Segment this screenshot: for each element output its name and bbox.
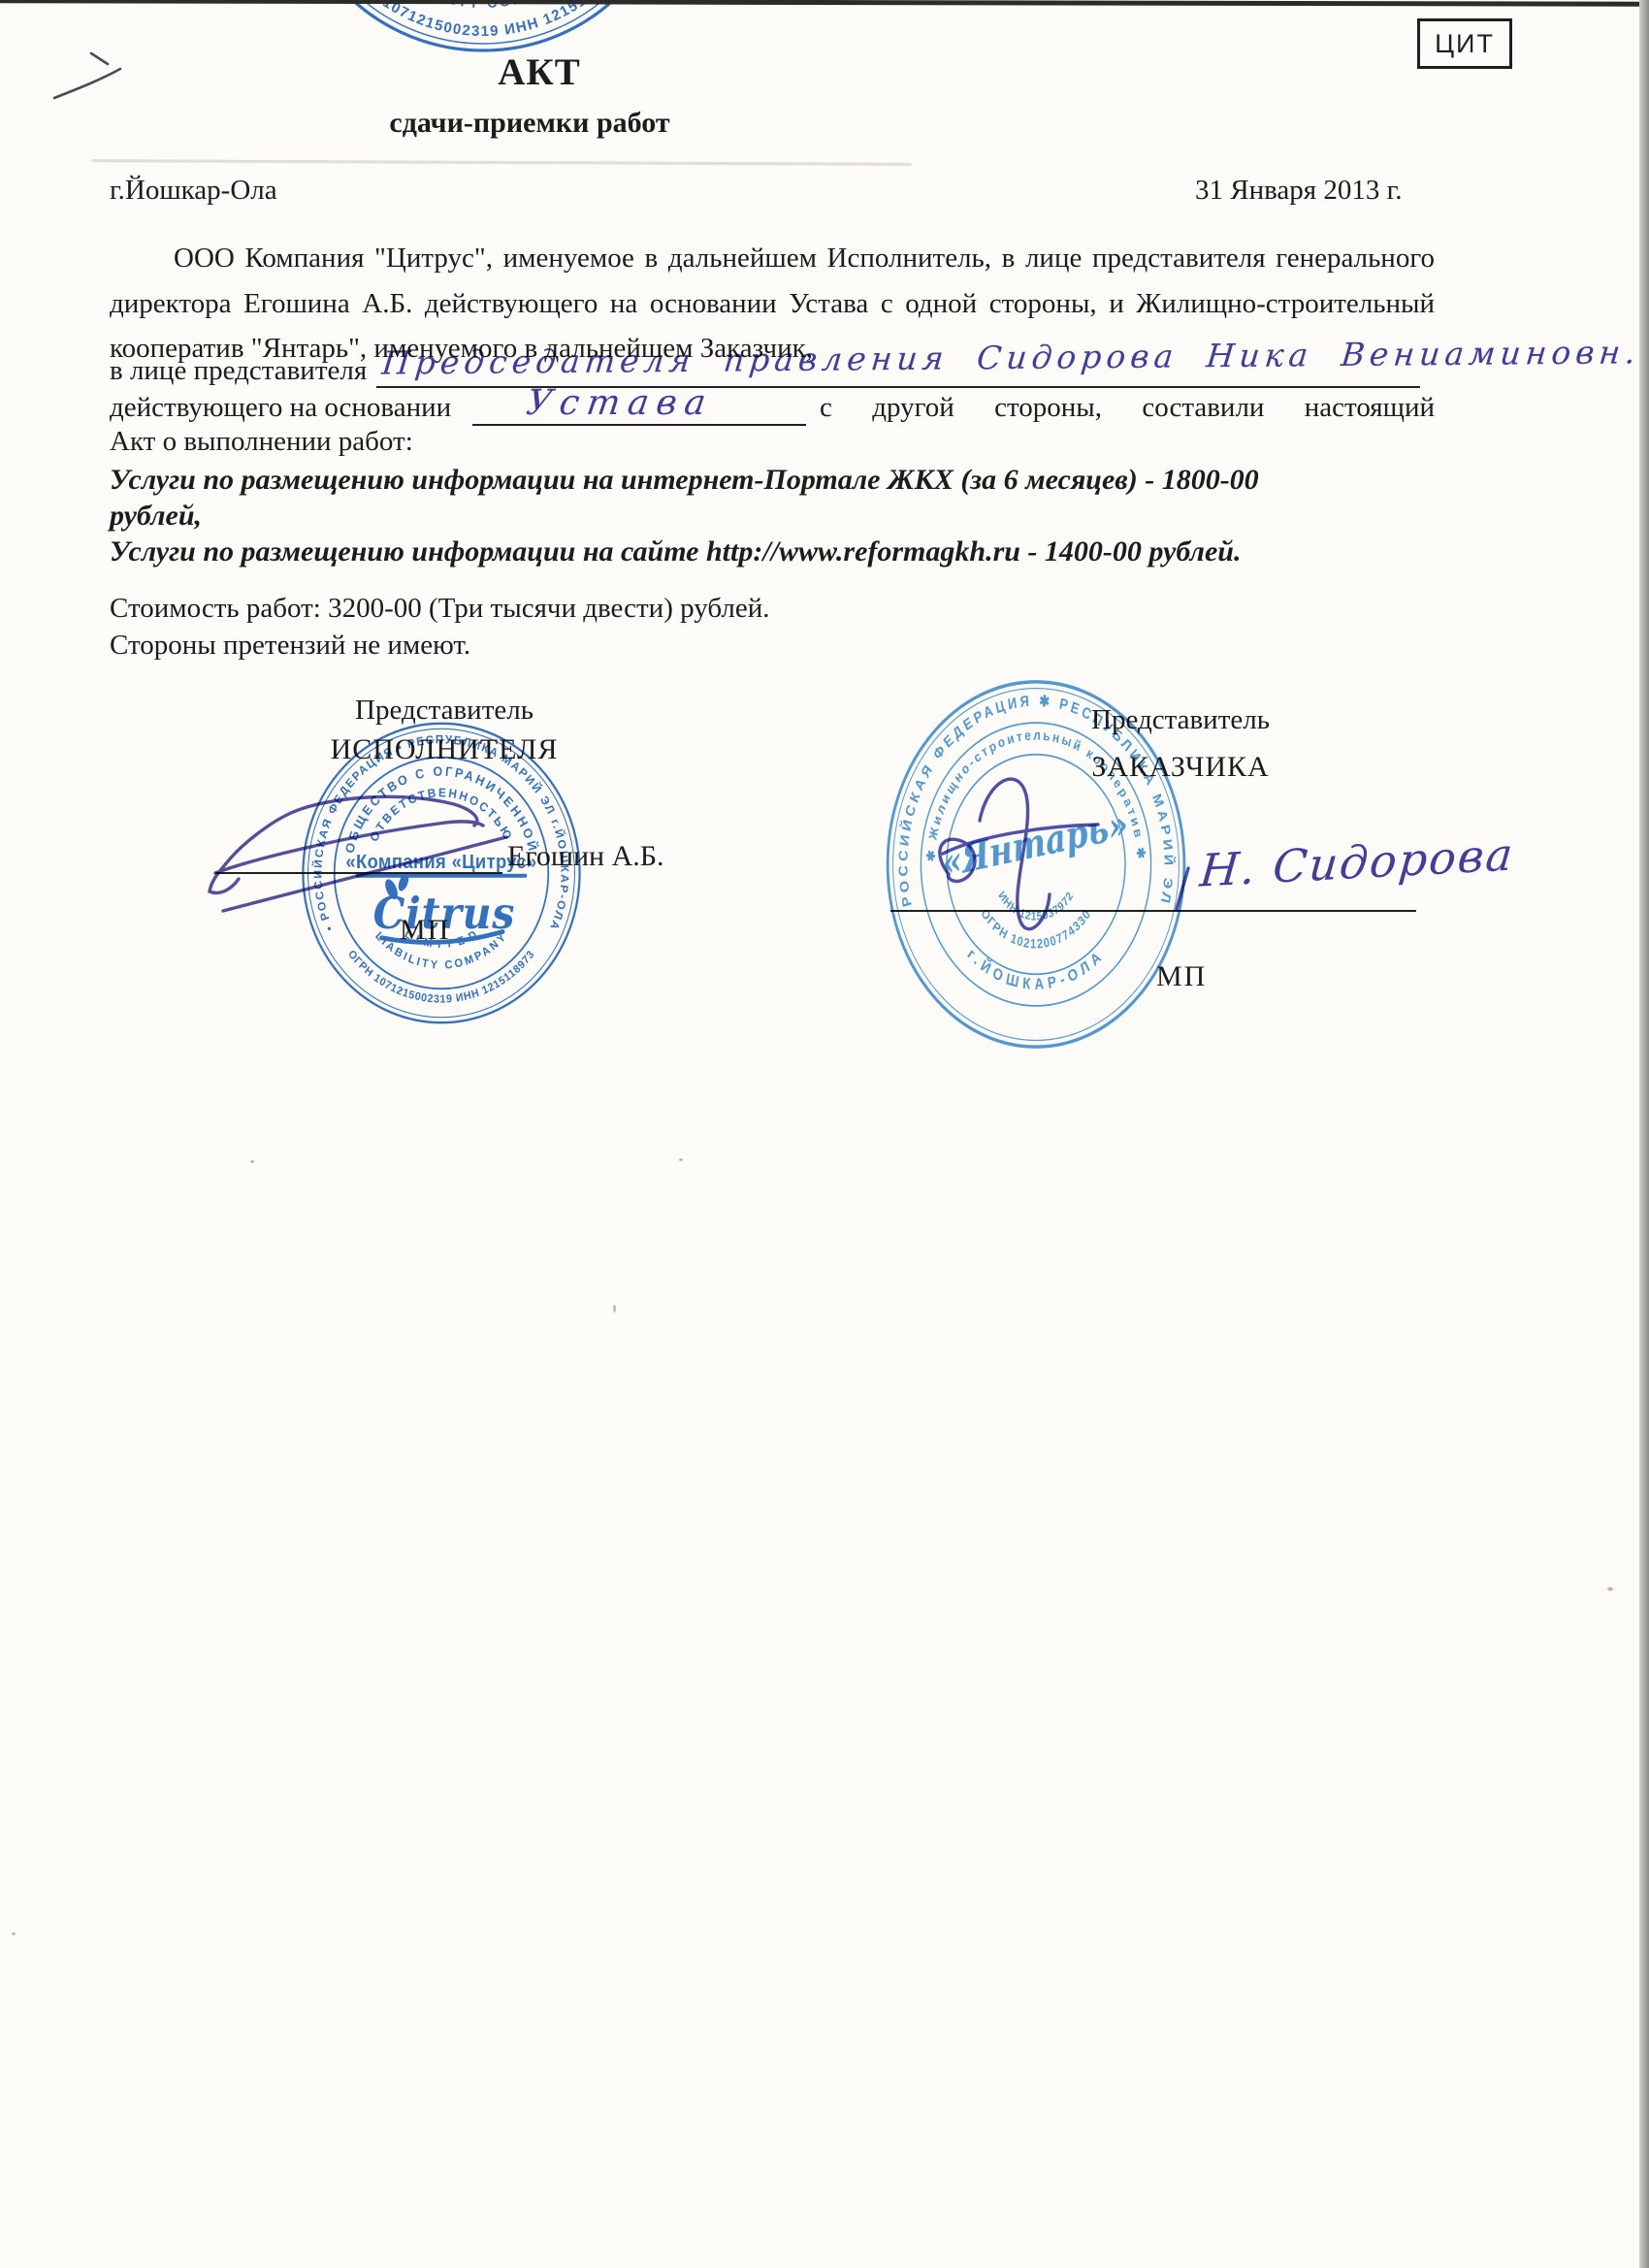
paper-crease (92, 159, 912, 166)
basis-tail-text: с другой стороны, составили настоящий (820, 392, 1435, 424)
service-line-1: Услуги по размещению информации на интер… (110, 463, 1351, 534)
representative-label: в лице представителя (110, 355, 367, 387)
service-line-2: Услуги по размещению информации на сайте… (110, 535, 1487, 570)
top-partial-seal-stamp: ОГРН 1071215002319 ИНН 1215118973 LIABIL… (279, 0, 687, 58)
basis-label: действующего на основании (110, 392, 451, 424)
city-label: г.Йошкар-Ола (110, 175, 277, 207)
claims-line: Стороны претензий не имеют. (110, 630, 470, 662)
cost-line: Стоимость работ: 3200-00 (Три тысячи две… (110, 593, 769, 625)
executor-seal-stamp: • РОССИЙСКАЯ ФЕДЕРАЦИЯ • РЕСПУБЛИКА МАРИ… (299, 719, 584, 1027)
executor-seal-inner-top-arc-1: ОБЩЕСТВО С ОГРАНИЧЕННОЙ (342, 763, 540, 855)
scan-speck (12, 1932, 16, 1935)
scan-speck (679, 1158, 683, 1161)
executor-seal-name-underline (356, 874, 527, 878)
basis-handwriting: Устава (524, 383, 716, 423)
cit-stamp-label: ЦИТ (1435, 29, 1495, 59)
act-intro-line: Акт о выполнении работ: (110, 426, 413, 458)
scan-speck (613, 1305, 616, 1312)
scan-speck (250, 1160, 254, 1163)
executor-seal-outer-bottom-arc: ОГРН 1071215002319 ИНН 1215118973 (345, 948, 536, 1005)
scan-speck (1607, 1587, 1613, 1591)
customer-seal-center-name: «Янтарь» (939, 801, 1131, 887)
svg-text:ОГРН 1071215002319 ИНН 1215118: ОГРН 1071215002319 ИНН 1215118973 (345, 948, 536, 1005)
customer-signature-handwriting: Н. Сидорова (1198, 827, 1517, 896)
svg-text:ОБЩЕСТВО С ОГРАНИЧЕННОЙ: ОБЩЕСТВО С ОГРАНИЧЕННОЙ (342, 763, 540, 855)
date-label: 31 Января 2013 г. (1195, 175, 1403, 207)
customer-seal-stamp: РОССИЙСКАЯ ФЕДЕРАЦИЯ ✱ РЕСПУБЛИКА МАРИЙ … (885, 678, 1187, 1051)
basis-underline (472, 424, 806, 426)
executor-seal-company-name: «Компания «Цитрус» (345, 853, 536, 874)
svg-text:г.ЙОШКАР-ОЛА: г.ЙОШКАР-ОЛА (964, 946, 1108, 993)
document-subtitle: сдачи-приемки работ (0, 107, 1059, 140)
svg-text:ИНН 1215037972: ИНН 1215037972 (996, 890, 1076, 923)
customer-seal-city-arc: г.ЙОШКАР-ОЛА (964, 946, 1108, 993)
cit-stamp-box: ЦИТ (1417, 18, 1512, 69)
scan-right-edge (1639, 0, 1649, 2268)
customer-seal-inn-arc: ИНН 1215037972 (996, 890, 1076, 923)
scan-top-edge (0, 0, 1649, 7)
scanned-act-document: ОГРН 1071215002319 ИНН 1215118973 LIABIL… (0, 0, 1649, 2268)
